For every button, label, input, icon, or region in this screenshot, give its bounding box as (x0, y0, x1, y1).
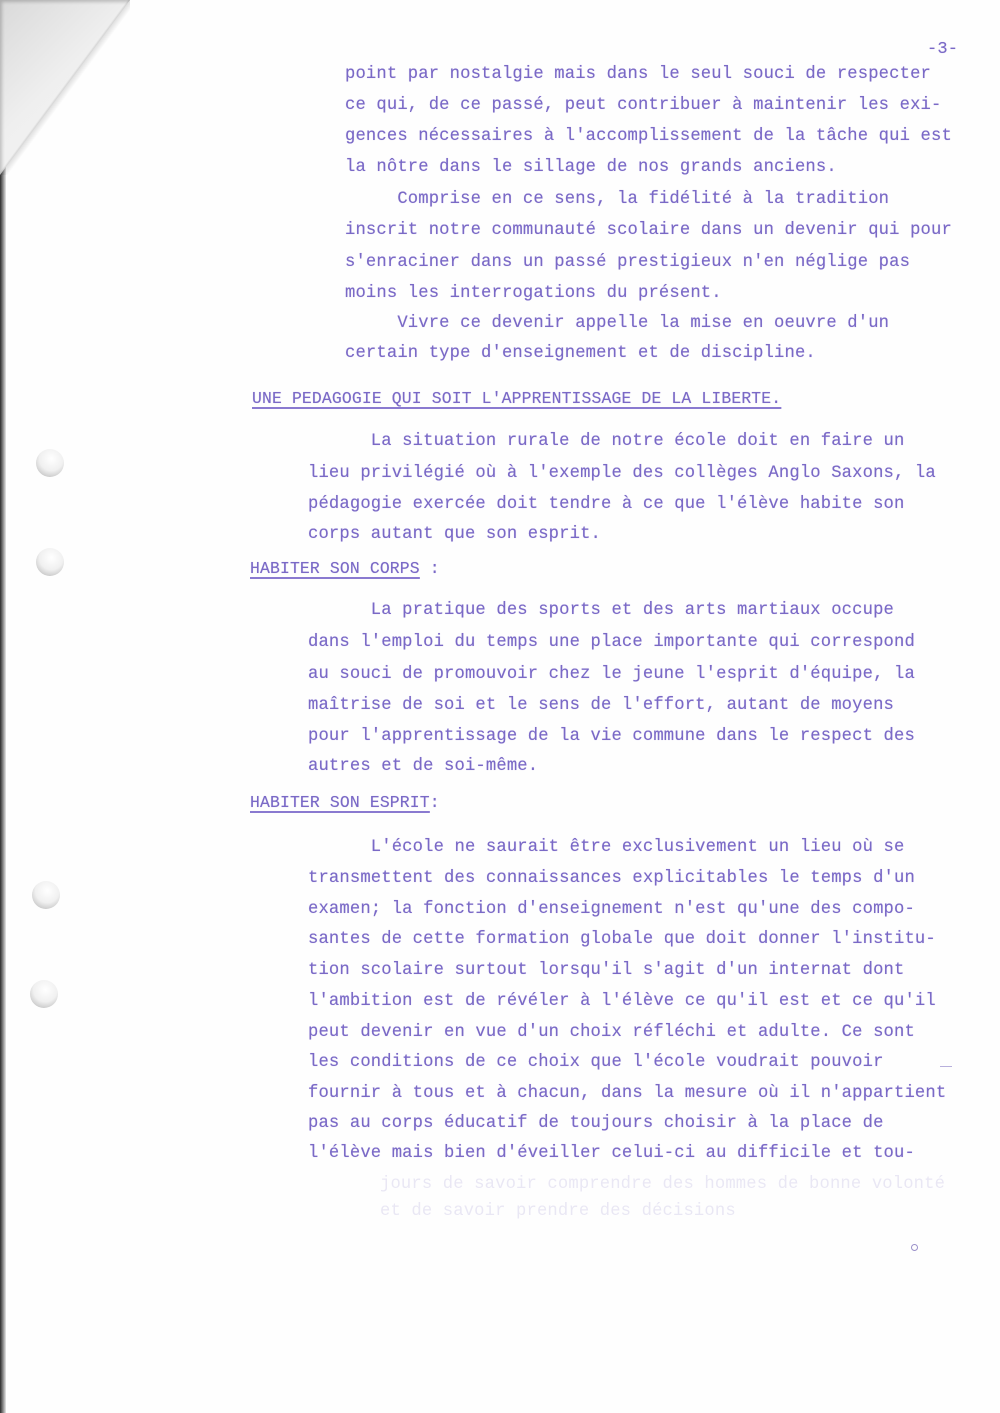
section-heading-corps: HABITER SON CORPS : (250, 559, 440, 578)
text-line: La situation rurale de notre école doit … (308, 432, 904, 451)
page-number: -3- (927, 40, 958, 59)
document-page: -3- point par nostalgie mais dans le seu… (0, 0, 1000, 1413)
text-line: Vivre ce devenir appelle la mise en oeuv… (345, 314, 889, 333)
text-line: La pratique des sports et des arts marti… (308, 601, 894, 620)
text-line: s'enraciner dans un passé prestigieux n'… (345, 253, 910, 272)
text-line: maîtrise de soi et le sens de l'effort, … (308, 696, 894, 715)
text-line: L'école ne saurait être exclusivement un… (308, 838, 904, 857)
text-line: gences nécessaires à l'accomplissement d… (345, 127, 952, 146)
text-line: pédagogie exercée doit tendre à ce que l… (308, 495, 904, 514)
text-line: autres et de soi-même. (308, 757, 538, 776)
text-line: fournir à tous et à chacun, dans la mesu… (308, 1084, 946, 1103)
text-line: les conditions de ce choix que l'école v… (308, 1053, 884, 1072)
stray-mark (940, 1066, 952, 1067)
text-line: peut devenir en vue d'un choix réfléchi … (308, 1023, 915, 1042)
text-line: dans l'emploi du temps une place importa… (308, 633, 915, 652)
show-through-text: et de savoir prendre des décisions (380, 1202, 736, 1221)
text-line: au souci de promouvoir chez le jeune l'e… (308, 665, 915, 684)
punch-hole-icon (36, 548, 64, 576)
section-heading-corps-text: HABITER SON CORPS (250, 559, 420, 578)
text-line: certain type d'enseignement et de discip… (345, 344, 816, 363)
text-line: ce qui, de ce passé, peut contribuer à m… (345, 96, 941, 115)
text-line: transmettent des connaissances explicita… (308, 869, 915, 888)
text-line: Comprise en ce sens, la fidélité à la tr… (345, 190, 889, 209)
punch-hole-icon (36, 449, 64, 477)
text-line: santes de cette formation globale que do… (308, 930, 936, 949)
ink-dot (911, 1244, 918, 1251)
text-line: point par nostalgie mais dans le seul so… (345, 65, 931, 84)
text-line: pas au corps éducatif de toujours choisi… (308, 1114, 884, 1133)
text-line: moins les interrogations du présent. (345, 284, 722, 303)
text-line: tion scolaire surtout lorsqu'il s'agit d… (308, 961, 904, 980)
folded-corner-edge (0, 0, 130, 175)
punch-hole-icon (32, 881, 60, 909)
text-line: pour l'apprentissage de la vie commune d… (308, 727, 915, 746)
text-line: examen; la fonction d'enseignement n'est… (308, 900, 915, 919)
page-left-edge (0, 0, 6, 1413)
section-heading-pedagogie: UNE PEDAGOGIE QUI SOIT L'APPRENTISSAGE D… (252, 389, 781, 408)
text-line: l'élève mais bien d'éveiller celui-ci au… (308, 1144, 915, 1163)
heading-suffix: : (430, 793, 440, 812)
text-line: la nôtre dans le sillage de nos grands a… (345, 158, 837, 177)
section-heading-esprit: HABITER SON ESPRIT: (250, 793, 440, 812)
show-through-text: jours de savoir comprendre des hommes de… (380, 1175, 945, 1194)
text-line: inscrit notre communauté scolaire dans u… (345, 221, 952, 240)
text-line: l'ambition est de révéler à l'élève ce q… (308, 992, 936, 1011)
text-line: lieu privilégié où à l'exemple des collè… (308, 464, 936, 483)
text-line: corps autant que son esprit. (308, 525, 601, 544)
punch-hole-icon (30, 980, 58, 1008)
heading-suffix: : (420, 559, 440, 578)
section-heading-esprit-text: HABITER SON ESPRIT (250, 793, 430, 812)
